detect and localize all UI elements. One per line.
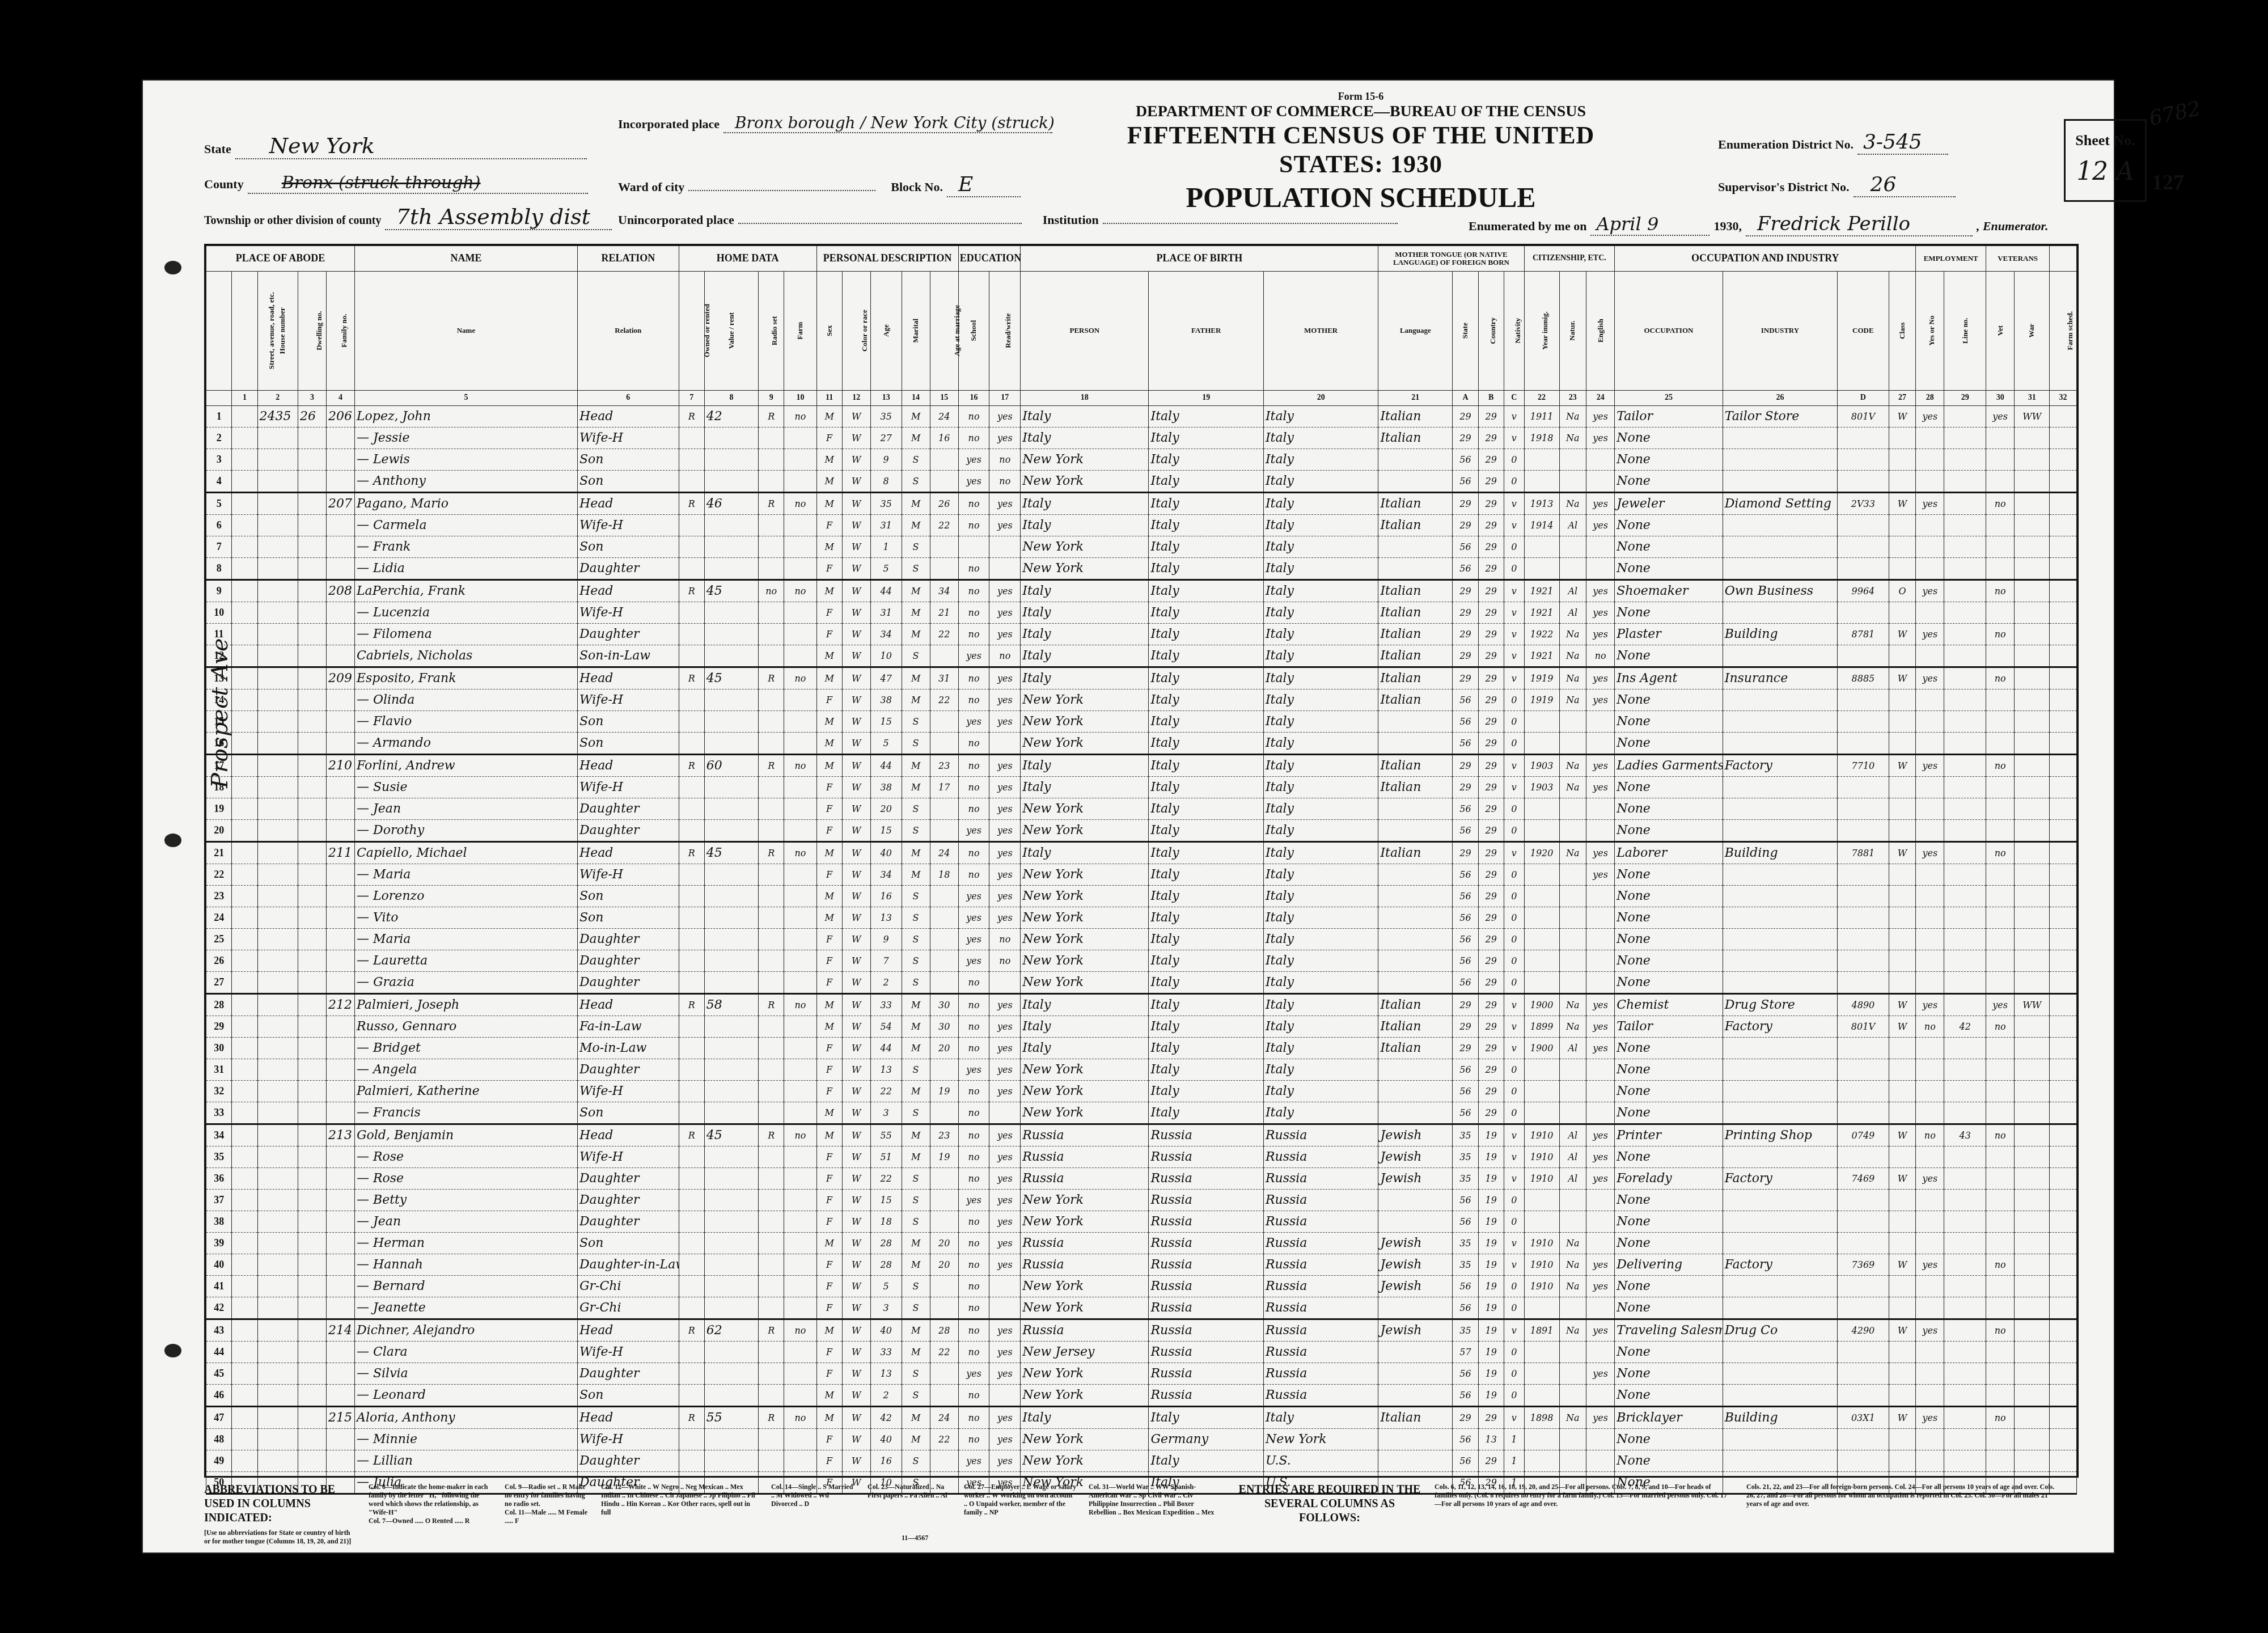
- class-of-worker: [1889, 1211, 1916, 1233]
- war: [2015, 1233, 2050, 1254]
- birthplace-mother: Italy: [1263, 886, 1378, 907]
- race: W: [842, 798, 870, 820]
- home-value: [704, 820, 758, 842]
- birthplace-father: Italy: [1149, 733, 1263, 755]
- radio: [759, 1450, 784, 1472]
- title-block: Form 15-6 DEPARTMENT OF COMMERCE—BUREAU …: [1077, 91, 1644, 214]
- birthplace-person: Italy: [1021, 1016, 1149, 1038]
- county-field: County Bronx (struck through): [204, 173, 588, 194]
- speaks-english: yes: [1586, 515, 1615, 536]
- mother-tongue: Italian: [1378, 428, 1453, 449]
- occupation: None: [1615, 1342, 1723, 1363]
- unemployment-line: [1944, 536, 1986, 558]
- code-country: 29: [1478, 929, 1504, 950]
- radio: R: [759, 667, 784, 689]
- header-col-25: OCCUPATION: [1615, 272, 1723, 391]
- employed: [1916, 1233, 1944, 1254]
- industry: [1723, 820, 1837, 842]
- marital-status: M: [902, 1038, 930, 1059]
- age: 18: [870, 1211, 902, 1233]
- industry: [1723, 907, 1837, 929]
- table-row: 47215Aloria, AnthonyHeadR55RnoMW42M24noy…: [206, 1407, 2077, 1429]
- home-owned-rented: [679, 449, 704, 471]
- speaks-english: yes: [1586, 1038, 1615, 1059]
- colnum: 8: [704, 391, 758, 406]
- class-of-worker: [1889, 864, 1916, 886]
- unemployment-line: 42: [1944, 1016, 1986, 1038]
- table-row: 17210Forlini, AndrewHeadR60RnoMW44M23noy…: [206, 755, 2077, 777]
- line-number: 24: [206, 907, 232, 929]
- incorporated-field: Incorporated place Bronx borough / New Y…: [618, 113, 1052, 133]
- class-of-worker: W: [1889, 667, 1916, 689]
- house-number: [257, 1297, 298, 1319]
- home-owned-rented: [679, 645, 704, 667]
- family-number: 207: [326, 493, 354, 515]
- house-number: [257, 1102, 298, 1124]
- employed: yes: [1916, 842, 1944, 864]
- farm: [784, 950, 816, 972]
- occupation: None: [1615, 733, 1723, 755]
- colnum: B: [1478, 391, 1504, 406]
- relation: Son: [577, 1233, 679, 1254]
- school: yes: [958, 1190, 989, 1211]
- farm-schedule: [2050, 406, 2077, 428]
- age-at-marriage: 34: [930, 580, 958, 602]
- colnum: 21: [1378, 391, 1453, 406]
- birthplace-mother: Russia: [1263, 1363, 1378, 1385]
- war: [2015, 1429, 2050, 1450]
- table-row: 11— FilomenaDaughterFW34M22noyesItalyIta…: [206, 624, 2077, 645]
- age-at-marriage: [930, 733, 958, 755]
- sex: M: [816, 645, 842, 667]
- sex: M: [816, 1124, 842, 1147]
- sex: F: [816, 515, 842, 536]
- industry: [1723, 602, 1837, 624]
- industry: [1723, 1363, 1837, 1385]
- occupation: Printer: [1615, 1124, 1723, 1147]
- colnum: 27: [1889, 391, 1916, 406]
- home-value: [704, 689, 758, 711]
- table-row: 13209Esposito, FrankHeadR45RnoMW47M31noy…: [206, 667, 2077, 689]
- occupation-code: 7710: [1838, 755, 1889, 777]
- naturalization: [1559, 1102, 1586, 1124]
- street: [232, 1102, 257, 1124]
- immigration-year: 1900: [1524, 1038, 1559, 1059]
- birthplace-person: New York: [1021, 1081, 1149, 1102]
- table-row: 31— AngelaDaughterFW13SyesyesNew YorkIta…: [206, 1059, 2077, 1081]
- line-number: 4: [206, 471, 232, 493]
- race: W: [842, 493, 870, 515]
- birthplace-father: Italy: [1149, 842, 1263, 864]
- age-at-marriage: 16: [930, 428, 958, 449]
- birthplace-father: Italy: [1149, 886, 1263, 907]
- race: W: [842, 733, 870, 755]
- relation: Daughter: [577, 972, 679, 994]
- farm-schedule: [2050, 994, 2077, 1016]
- street: [232, 994, 257, 1016]
- table-row: 23— LorenzoSonMW16SyesyesNew YorkItalyIt…: [206, 886, 2077, 907]
- house-number: [257, 864, 298, 886]
- veteran: [1986, 645, 2015, 667]
- sex: F: [816, 1147, 842, 1168]
- code-nativity: v: [1504, 842, 1524, 864]
- sex: M: [816, 907, 842, 929]
- occupation: Ladies Garments: [1615, 755, 1723, 777]
- birthplace-mother: Italy: [1263, 798, 1378, 820]
- age: 28: [870, 1254, 902, 1276]
- radio: [759, 1081, 784, 1102]
- naturalization: Na: [1559, 1407, 1586, 1429]
- age-at-marriage: [930, 558, 958, 580]
- employed: [1916, 1211, 1944, 1233]
- employed: yes: [1916, 994, 1944, 1016]
- dwelling-number: [298, 558, 326, 580]
- speaks-english: yes: [1586, 1276, 1615, 1297]
- relation: Wife-H: [577, 777, 679, 798]
- age-at-marriage: [930, 1059, 958, 1081]
- birthplace-person: Italy: [1021, 755, 1149, 777]
- relation: Wife-H: [577, 515, 679, 536]
- ed-field: Enumeration District No. 3-545: [1718, 130, 1948, 155]
- birthplace-mother: Italy: [1263, 493, 1378, 515]
- header-col-24: English: [1586, 272, 1615, 391]
- street: [232, 580, 257, 602]
- relation: Head: [577, 1407, 679, 1429]
- age-at-marriage: 22: [930, 1342, 958, 1363]
- line-number: 8: [206, 558, 232, 580]
- code-country: 19: [1478, 1342, 1504, 1363]
- sex: M: [816, 471, 842, 493]
- birthplace-person: Russia: [1021, 1124, 1149, 1147]
- street: [232, 1147, 257, 1168]
- code-state: 29: [1453, 1038, 1478, 1059]
- mother-tongue: Jewish: [1378, 1319, 1453, 1342]
- code-state: 29: [1453, 493, 1478, 515]
- line-number: 37: [206, 1190, 232, 1211]
- birthplace-mother: Italy: [1263, 1016, 1378, 1038]
- sex: F: [816, 864, 842, 886]
- war: [2015, 1342, 2050, 1363]
- farm: [784, 1297, 816, 1319]
- birthplace-father: Italy: [1149, 711, 1263, 733]
- class-of-worker: [1889, 558, 1916, 580]
- industry: [1723, 1297, 1837, 1319]
- home-owned-rented: [679, 777, 704, 798]
- dwelling-number: [298, 1429, 326, 1450]
- farm-schedule: [2050, 820, 2077, 842]
- family-number: [326, 1081, 354, 1102]
- naturalization: [1559, 1059, 1586, 1081]
- naturalization: [1559, 1190, 1586, 1211]
- code-nativity: 0: [1504, 1102, 1524, 1124]
- age: 9: [870, 929, 902, 950]
- speaks-english: yes: [1586, 406, 1615, 428]
- stamp-number: 127: [2152, 170, 2184, 195]
- birthplace-person: New York: [1021, 1276, 1149, 1297]
- home-owned-rented: [679, 1102, 704, 1124]
- dwelling-number: [298, 667, 326, 689]
- age: 7: [870, 950, 902, 972]
- house-number: [257, 1319, 298, 1342]
- race: W: [842, 558, 870, 580]
- dwelling-number: [298, 1297, 326, 1319]
- speaks-english: [1586, 449, 1615, 471]
- farm: no: [784, 493, 816, 515]
- industry: [1723, 864, 1837, 886]
- code-state: 56: [1453, 798, 1478, 820]
- code-state: 29: [1453, 755, 1478, 777]
- birthplace-mother: Italy: [1263, 645, 1378, 667]
- line-number: 16: [206, 733, 232, 755]
- immigration-year: 1919: [1524, 689, 1559, 711]
- immigration-year: [1524, 972, 1559, 994]
- farm-schedule: [2050, 689, 2077, 711]
- home-owned-rented: [679, 972, 704, 994]
- marital-status: S: [902, 1297, 930, 1319]
- veteran: [1986, 536, 2015, 558]
- veteran: [1986, 449, 2015, 471]
- race: W: [842, 711, 870, 733]
- read-write: yes: [989, 1450, 1021, 1472]
- colnum: 26: [1723, 391, 1837, 406]
- age-at-marriage: [930, 1276, 958, 1297]
- school: yes: [958, 711, 989, 733]
- employed: no: [1916, 1124, 1944, 1147]
- home-owned-rented: [679, 798, 704, 820]
- dwelling-number: [298, 1124, 326, 1147]
- industry: [1723, 1102, 1837, 1124]
- code-country: 29: [1478, 428, 1504, 449]
- code-country: 19: [1478, 1190, 1504, 1211]
- class-of-worker: [1889, 1385, 1916, 1407]
- read-write: no: [989, 645, 1021, 667]
- race: W: [842, 1297, 870, 1319]
- house-number: [257, 886, 298, 907]
- sex: F: [816, 972, 842, 994]
- mother-tongue: [1378, 733, 1453, 755]
- farm-schedule: [2050, 777, 2077, 798]
- naturalization: Na: [1559, 1233, 1586, 1254]
- veteran: [1986, 950, 2015, 972]
- class-of-worker: [1889, 1342, 1916, 1363]
- speaks-english: [1586, 950, 1615, 972]
- person-name: Aloria, Anthony: [355, 1407, 578, 1429]
- street: [232, 1016, 257, 1038]
- immigration-year: [1524, 733, 1559, 755]
- occupation-code: 8885: [1838, 667, 1889, 689]
- code-state: 57: [1453, 1342, 1478, 1363]
- unemployment-line: [1944, 777, 1986, 798]
- code-country: 29: [1478, 755, 1504, 777]
- read-write: yes: [989, 907, 1021, 929]
- occupation-code: [1838, 536, 1889, 558]
- class-of-worker: W: [1889, 1124, 1916, 1147]
- mother-tongue: Italian: [1378, 1038, 1453, 1059]
- relation: Head: [577, 667, 679, 689]
- birthplace-father: Italy: [1149, 1016, 1263, 1038]
- veteran: [1986, 1102, 2015, 1124]
- farm-schedule: [2050, 602, 2077, 624]
- line-number: 3: [206, 449, 232, 471]
- farm-schedule: [2050, 471, 2077, 493]
- code-nativity: v: [1504, 1016, 1524, 1038]
- code-nativity: v: [1504, 1407, 1524, 1429]
- employed: [1916, 689, 1944, 711]
- line-number: 22: [206, 864, 232, 886]
- birthplace-mother: Italy: [1263, 624, 1378, 645]
- war: [2015, 645, 2050, 667]
- relation: Son: [577, 733, 679, 755]
- dwelling-number: [298, 471, 326, 493]
- class-of-worker: [1889, 886, 1916, 907]
- farm: [784, 798, 816, 820]
- dwelling-number: [298, 842, 326, 864]
- relation: Wife-H: [577, 428, 679, 449]
- sex: F: [816, 777, 842, 798]
- code-state: 29: [1453, 645, 1478, 667]
- header-col-b: Country: [1478, 272, 1504, 391]
- occupation: None: [1615, 471, 1723, 493]
- farm: no: [784, 755, 816, 777]
- farm: [784, 1450, 816, 1472]
- radio: R: [759, 755, 784, 777]
- naturalization: Na: [1559, 1319, 1586, 1342]
- speaks-english: yes: [1586, 689, 1615, 711]
- marital-status: S: [902, 1363, 930, 1385]
- unemployment-line: [1944, 406, 1986, 428]
- code-nativity: 1: [1504, 1429, 1524, 1450]
- birthplace-person: Italy: [1021, 645, 1149, 667]
- street: [232, 689, 257, 711]
- industry: [1723, 645, 1837, 667]
- veteran: yes: [1986, 406, 2015, 428]
- birthplace-person: New York: [1021, 558, 1149, 580]
- unemployment-line: [1944, 711, 1986, 733]
- colnum: 31: [2015, 391, 2050, 406]
- industry: [1723, 777, 1837, 798]
- family-number: [326, 1276, 354, 1297]
- sex: M: [816, 1319, 842, 1342]
- occupation-code: [1838, 689, 1889, 711]
- table-row: 4— AnthonySonMW8SyesnoNew YorkItalyItaly…: [206, 471, 2077, 493]
- code-nativity: v: [1504, 755, 1524, 777]
- race: W: [842, 1190, 870, 1211]
- read-write: yes: [989, 428, 1021, 449]
- code-state: 56: [1453, 972, 1478, 994]
- class-of-worker: W: [1889, 493, 1916, 515]
- house-number: [257, 1168, 298, 1190]
- header-col-8: Value / rent: [704, 272, 758, 391]
- home-value: [704, 1059, 758, 1081]
- col6-note: Col. 6—Indicate the home-maker in each f…: [369, 1483, 493, 1517]
- radio: [759, 1059, 784, 1081]
- line-number: 35: [206, 1147, 232, 1168]
- race: W: [842, 689, 870, 711]
- class-of-worker: W: [1889, 624, 1916, 645]
- age: 2: [870, 972, 902, 994]
- war: [2015, 471, 2050, 493]
- farm: [784, 689, 816, 711]
- table-row: 38— JeanDaughterFW18SnoyesNew YorkRussia…: [206, 1211, 2077, 1233]
- occupation: None: [1615, 798, 1723, 820]
- occupation: None: [1615, 1211, 1723, 1233]
- line-number: 33: [206, 1102, 232, 1124]
- read-write: [989, 733, 1021, 755]
- birthplace-mother: U.S.: [1263, 1450, 1378, 1472]
- school: no: [958, 777, 989, 798]
- naturalization: [1559, 798, 1586, 820]
- unemployment-line: [1944, 515, 1986, 536]
- occupation-code: 801V: [1838, 406, 1889, 428]
- table-row: 6— CarmelaWife-HFW31M22noyesItalyItalyIt…: [206, 515, 2077, 536]
- mother-tongue: [1378, 1190, 1453, 1211]
- home-value: [704, 798, 758, 820]
- dwelling-number: [298, 929, 326, 950]
- immigration-year: 1898: [1524, 1407, 1559, 1429]
- colnum: A: [1453, 391, 1478, 406]
- unemployment-line: [1944, 1102, 1986, 1124]
- naturalization: Na: [1559, 493, 1586, 515]
- code-nativity: v: [1504, 645, 1524, 667]
- code-country: 19: [1478, 1124, 1504, 1147]
- mother-tongue: Italian: [1378, 994, 1453, 1016]
- person-name: — Lucenzia: [355, 602, 578, 624]
- naturalization: [1559, 1429, 1586, 1450]
- age: 40: [870, 1429, 902, 1450]
- occupation-code: [1838, 1102, 1889, 1124]
- dwelling-number: [298, 536, 326, 558]
- street: [232, 1059, 257, 1081]
- industry: [1723, 1147, 1837, 1168]
- school: yes: [958, 449, 989, 471]
- birthplace-person: New York: [1021, 1297, 1149, 1319]
- header-col-5: Name: [355, 272, 578, 391]
- race: W: [842, 755, 870, 777]
- farm-schedule: [2050, 580, 2077, 602]
- person-name: — Susie: [355, 777, 578, 798]
- home-value: [704, 1016, 758, 1038]
- code-nativity: v: [1504, 1168, 1524, 1190]
- class-of-worker: [1889, 1276, 1916, 1297]
- person-name: — Flavio: [355, 711, 578, 733]
- code-state: 56: [1453, 907, 1478, 929]
- code-country: 29: [1478, 798, 1504, 820]
- colnum: 11: [816, 391, 842, 406]
- occupation: None: [1615, 1190, 1723, 1211]
- table-row: 20— DorothyDaughterFW15SyesyesNew YorkIt…: [206, 820, 2077, 842]
- naturalization: Na: [1559, 689, 1586, 711]
- mother-tongue: [1378, 449, 1453, 471]
- farm-schedule: [2050, 842, 2077, 864]
- employed: [1916, 1081, 1944, 1102]
- incorporated-label: Incorporated place: [618, 117, 720, 131]
- race: W: [842, 449, 870, 471]
- family-number: [326, 1385, 354, 1407]
- industry: [1723, 929, 1837, 950]
- home-value: [704, 1450, 758, 1472]
- school: no: [958, 842, 989, 864]
- war: [2015, 1407, 2050, 1429]
- population-table: PLACE OF ABODE NAME RELATION HOME DATA P…: [204, 244, 2079, 1478]
- school: no: [958, 1385, 989, 1407]
- family-number: [326, 972, 354, 994]
- marital-status: S: [902, 820, 930, 842]
- house-number: [257, 1276, 298, 1297]
- code-state: 29: [1453, 580, 1478, 602]
- marital-status: S: [902, 733, 930, 755]
- table-row: 32Palmieri, KatherineWife-HFW22M19noyesN…: [206, 1081, 2077, 1102]
- occupation: Forelady: [1615, 1168, 1723, 1190]
